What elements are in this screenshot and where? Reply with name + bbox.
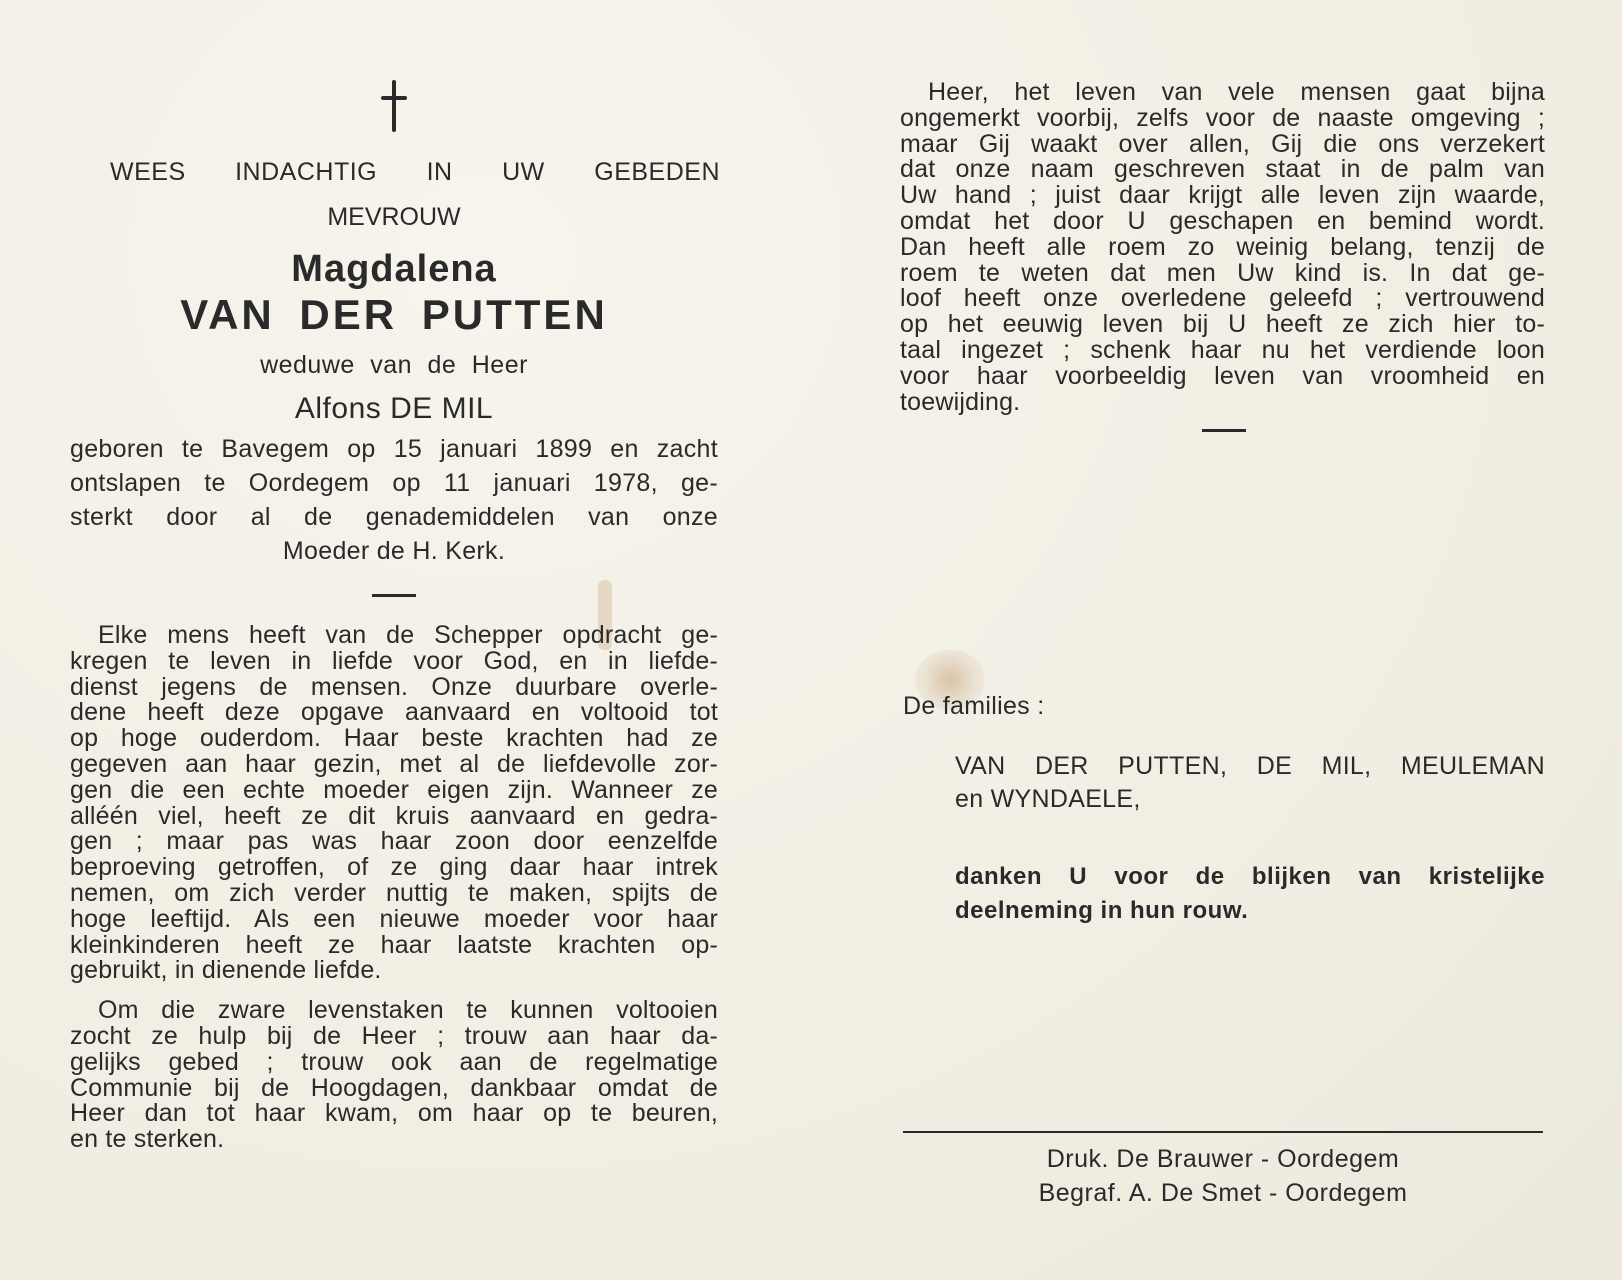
memorial-card: WEES INDACHTIG IN UW GEBEDEN MEVROUW Mag…: [0, 0, 1622, 1280]
husband-name: Alfons DE MIL: [70, 392, 718, 426]
biography-paragraph-1: Elke mens heeft van de Schepper opdracht…: [70, 623, 718, 984]
text-line: kregen te leven in liefde voor God, en i…: [70, 649, 718, 675]
text-line: deelneming in hun rouw.: [955, 894, 1545, 928]
text-line: ongemerkt voorbij, zelfs voor de naaste …: [900, 106, 1545, 132]
deceased-first-name: Magdalena: [70, 248, 718, 291]
text-line: Communie bij de Hoogdagen, dankbaar omda…: [70, 1076, 718, 1102]
remembrance-heading: WEES INDACHTIG IN UW GEBEDEN: [110, 158, 720, 187]
text-line: op hoge ouderdom. Haar beste krachten ha…: [70, 726, 718, 752]
printer-credits: Druk. De Brauwer - Oordegem Begraf. A. D…: [903, 1142, 1543, 1210]
text-line: taal ingezet ; schenk haar nu het verdie…: [900, 338, 1545, 364]
title-mevrouw: MEVROUW: [70, 203, 718, 232]
text-line: kleinkinderen heeft ze haar laatste krac…: [70, 933, 718, 959]
text-line: loof heeft onze overledene geleefd ; ver…: [900, 286, 1545, 312]
biography-paragraph-2: Om die zware levenstaken te kunnen volto…: [70, 998, 718, 1153]
text-line: Dan heeft alle roem zo weinig belang, te…: [900, 235, 1545, 261]
text-line: ontslapen te Oordegem op 11 januari 1978…: [70, 466, 718, 500]
left-panel: WEES INDACHTIG IN UW GEBEDEN MEVROUW Mag…: [70, 80, 718, 1167]
birth-death-text: geboren te Bavegem op 15 januari 1899 en…: [70, 432, 718, 568]
text-line: Uw hand ; juist daar krijgt alle leven z…: [900, 183, 1545, 209]
text-line: hoge leeftijd. Als een nieuwe moeder voo…: [70, 907, 718, 933]
text-line: Om die zware levenstaken te kunnen volto…: [70, 998, 718, 1024]
text-line: geboren te Bavegem op 15 januari 1899 en…: [70, 432, 718, 466]
text-line: en WYNDAELE,: [955, 783, 1545, 816]
text-line: VAN DER PUTTEN, DE MIL, MEULEMAN: [955, 750, 1545, 783]
text-line: Heer, het leven van vele mensen gaat bij…: [900, 80, 1545, 106]
divider: [372, 594, 416, 597]
divider: [1202, 429, 1246, 432]
text-line: zocht ze hulp bij de Heer ; trouw aan ha…: [70, 1024, 718, 1050]
deceased-last-name: VAN DER PUTTEN: [70, 291, 718, 339]
text-line: op het eeuwig leven bij U heeft ze zich …: [900, 312, 1545, 338]
right-panel: Heer, het leven van vele mensen gaat bij…: [903, 80, 1545, 458]
text-line: dene heeft deze opgave aanvaard en volto…: [70, 700, 718, 726]
footer-rule: [903, 1131, 1543, 1133]
printer-line: Druk. De Brauwer - Oordegem: [903, 1142, 1543, 1176]
text-line: omdat het door U geschapen en bemind wor…: [900, 209, 1545, 235]
text-line: roem te weten dat men Uw kind is. In dat…: [900, 261, 1545, 287]
text-line: gebruikt, in dienende liefde.: [70, 958, 718, 984]
undertaker-line: Begraf. A. De Smet - Oordegem: [903, 1176, 1543, 1210]
text-line: dat onze naam geschreven staat in de pal…: [900, 157, 1545, 183]
text-line: nemen, om zich verder nuttig te maken, s…: [70, 881, 718, 907]
relation-text: weduwe van de Heer: [70, 351, 718, 380]
text-line: gen ; maar pas was haar zoon door eenzel…: [70, 829, 718, 855]
families-names: VAN DER PUTTEN, DE MIL, MEULEMAN en WYND…: [955, 750, 1545, 816]
text-line: danken U voor de blijken van kristelijke: [955, 860, 1545, 894]
text-line: en te sterken.: [70, 1127, 718, 1153]
text-line: gegeven aan haar gezin, met al de liefde…: [70, 752, 718, 778]
text-line: alléén viel, heeft ze dit kruis aanvaard…: [70, 804, 718, 830]
text-line: dienst jegens de mensen. Onze duurbare o…: [70, 675, 718, 701]
families-label: De families :: [903, 692, 1044, 721]
text-line: maar Gij waakt over allen, Gij die ons v…: [900, 132, 1545, 158]
thanks-text: danken U voor de blijken van kristelijke…: [955, 860, 1545, 928]
text-line: voor haar voorbeeldig leven van vroomhei…: [900, 364, 1545, 390]
cross-icon: [379, 80, 409, 132]
text-line: toewijding.: [900, 390, 1545, 416]
text-line: sterkt door al de genademiddelen van onz…: [70, 500, 718, 534]
text-line: beproeving getroffen, of ze ging daar ha…: [70, 855, 718, 881]
text-line: Heer dan tot haar kwam, om haar op te be…: [70, 1101, 718, 1127]
text-line: Moeder de H. Kerk.: [70, 534, 718, 568]
text-line: Elke mens heeft van de Schepper opdracht…: [70, 623, 718, 649]
prayer-paragraph: Heer, het leven van vele mensen gaat bij…: [900, 80, 1545, 415]
text-line: gen die een echte moeder eigen zijn. Wan…: [70, 778, 718, 804]
text-line: gelijks gebed ; trouw ook aan de regelma…: [70, 1050, 718, 1076]
